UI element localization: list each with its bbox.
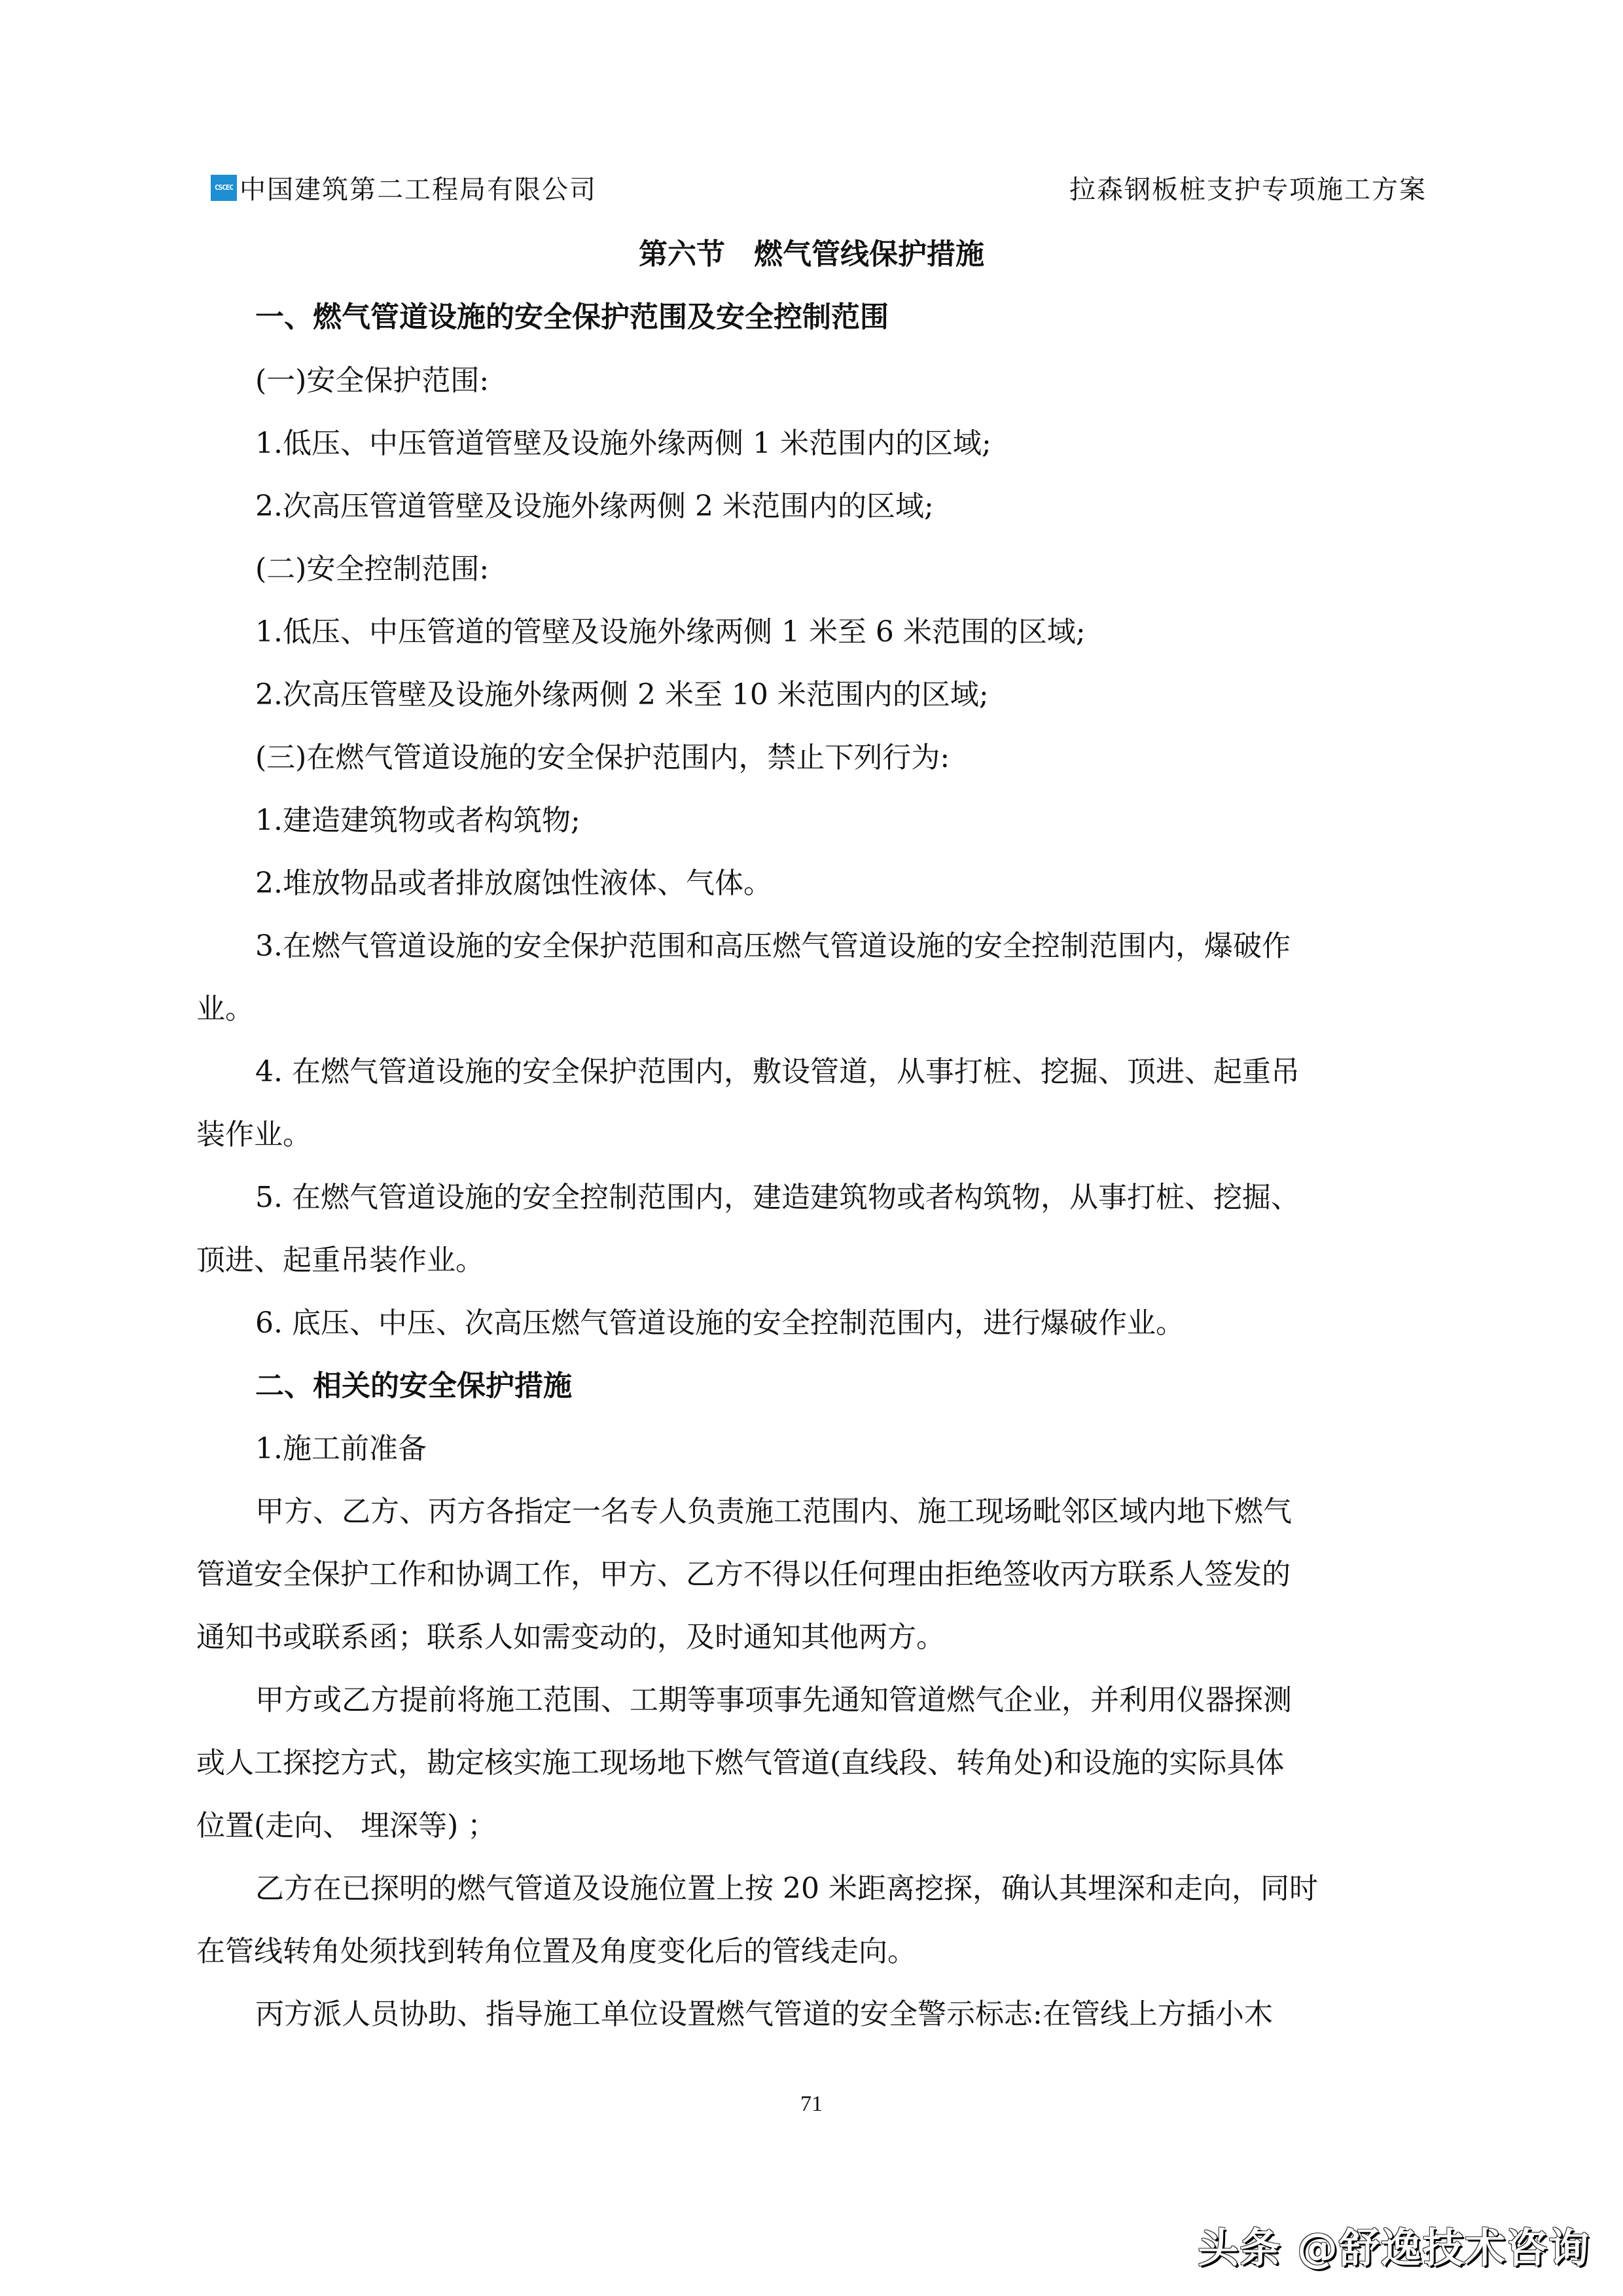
- text-line: 甲方、乙方、丙方各指定一名专人负责施工范围内、施工现场毗邻区域内地下燃气: [255, 1492, 1486, 1532]
- text-line: 顶进、起重吊装作业。: [196, 1241, 1427, 1280]
- text-line: 丙方派人员协助、指导施工单位设置燃气管道的安全警示标志:在管线上方插小木: [255, 1995, 1486, 2034]
- page-header: CSCEC 中国建筑第二工程局有限公司 拉森钢板桩支护专项施工方案: [211, 169, 1427, 208]
- text-line: 2.堆放物品或者排放腐蚀性液体、气体。: [255, 864, 1486, 903]
- text-line: (二)安全控制范围:: [255, 550, 1486, 589]
- text-line: 乙方在已探明的燃气管道及设施位置上按 20 米距离挖探，确认其埋深和走向，同时: [255, 1869, 1486, 1909]
- text-line: 1.低压、中压管道管壁及设施外缘两侧 1 米范围内的区域;: [255, 424, 1486, 463]
- watermark: 头条 @舒逸技术咨询: [1198, 2215, 1590, 2274]
- text-line: 1.施工前准备: [255, 1429, 1486, 1469]
- company-logo-icon: CSCEC: [211, 175, 237, 201]
- section-title: 第六节燃气管线保护措施: [0, 230, 1623, 272]
- section-heading: 二、相关的安全保护措施: [255, 1367, 1486, 1406]
- page-number: 71: [0, 2092, 1623, 2117]
- text-line: 管道安全保护工作和协调工作，甲方、乙方不得以任何理由拒绝签收丙方联系人签发的: [196, 1555, 1427, 1594]
- text-line: 位置(走向、 埋深等) ；: [196, 1806, 1427, 1846]
- text-line: (三)在燃气管道设施的安全保护范围内，禁止下列行为:: [255, 738, 1486, 778]
- text-line: 业。: [196, 990, 1427, 1029]
- text-line: 甲方或乙方提前将施工范围、工期等事项事先通知管道燃气企业，并利用仪器探测: [255, 1681, 1486, 1720]
- text-line: 1.建造建筑物或者构筑物;: [255, 801, 1486, 840]
- document-name: 拉森钢板桩支护专项施工方案: [1069, 169, 1427, 206]
- company-name: 中国建筑第二工程局有限公司: [240, 169, 597, 206]
- text-line: (一)安全保护范围:: [255, 361, 1486, 401]
- text-line: 4. 在燃气管道设施的安全保护范围内，敷设管道，从事打桩、挖掘、顶进、起重吊: [255, 1052, 1486, 1092]
- section-name: 燃气管线保护措施: [754, 238, 984, 271]
- section-heading: 一、燃气管道设施的安全保护范围及安全控制范围: [255, 298, 1486, 337]
- text-line: 在管线转角处须找到转角位置及角度变化后的管线走向。: [196, 1932, 1427, 1971]
- text-line: 6. 底压、中压、次高压燃气管道设施的安全控制范围内，进行爆破作业。: [255, 1304, 1486, 1343]
- text-line: 1.低压、中压管道的管壁及设施外缘两侧 1 米至 6 米范围的区域;: [255, 613, 1486, 652]
- text-line: 2.次高压管壁及设施外缘两侧 2 米至 10 米范围内的区域;: [255, 675, 1486, 715]
- text-line: 装作业。: [196, 1115, 1427, 1155]
- text-line: 或人工探挖方式，勘定核实施工现场地下燃气管道(直线段、转角处)和设施的实际具体: [196, 1744, 1427, 1783]
- header-left: CSCEC 中国建筑第二工程局有限公司: [211, 169, 597, 206]
- text-line: 通知书或联系函；联系人如需变动的，及时通知其他两方。: [196, 1618, 1427, 1657]
- text-line: 5. 在燃气管道设施的安全控制范围内，建造建筑物或者构筑物，从事打桩、挖掘、: [255, 1178, 1486, 1217]
- text-line: 2.次高压管道管壁及设施外缘两侧 2 米范围内的区域;: [255, 487, 1486, 526]
- section-number: 第六节: [639, 238, 725, 271]
- text-line: 3.在燃气管道设施的安全保护范围和高压燃气管道设施的安全控制范围内，爆破作: [255, 927, 1486, 966]
